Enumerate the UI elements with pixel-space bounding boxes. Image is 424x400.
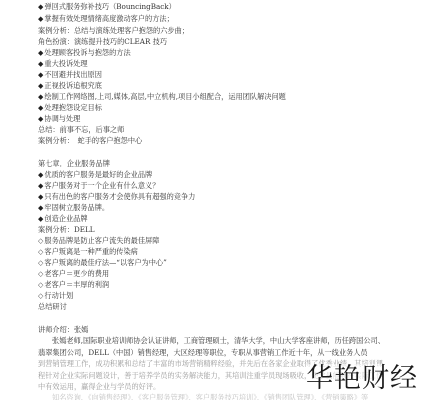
list-item: 老客户＝丰厚的利润 <box>38 280 109 290</box>
list-item: 牢固树立服务品牌。 <box>38 203 109 213</box>
case-analysis-line: 案例分析：DELL <box>38 225 95 234</box>
list-item: 弹回式服务弥补技巧（BouncingBack） <box>38 2 176 12</box>
list-item: 协调与处理 <box>38 114 80 124</box>
list-item: 不回避并找出原因 <box>38 70 102 80</box>
list-item: 处理顾客投诉与抱怨的方法 <box>38 48 131 58</box>
instructor-bio: 张嫣老师,国际职业培训师协会认证讲师，工商管理硕士，清华大学，中山大学客座讲师，… <box>38 335 388 358</box>
instructor-heading: 讲师介绍：张嫣 <box>38 325 88 334</box>
watermark-logo: 华艳财经 <box>306 364 418 394</box>
list-item: 服务品牌是防止客户流失的最佳屏障 <box>38 236 159 246</box>
list-item: 创造企业品牌 <box>38 214 88 224</box>
case-analysis-line: 案例分析：总结与演练处理客户抱怨的六步曲； <box>38 26 189 35</box>
list-item: 客户叛离是一种严重的传染病 <box>38 247 138 257</box>
list-item: 正视投诉追根究底 <box>38 81 102 91</box>
list-item: 重大投诉处理 <box>38 59 88 69</box>
chapter-title: 第七章．企业服务品牌 <box>38 159 110 168</box>
summary-line: 总结研讨 <box>38 302 67 311</box>
list-item: 老客户＝更少的费用 <box>38 269 109 279</box>
list-item: 掌握有效处理情绪高度激动客户的方法； <box>38 14 174 24</box>
list-item: 行动计划 <box>38 291 73 301</box>
list-item: 客户叛离的最佳疗法—“以客户为中心” <box>38 258 167 268</box>
role-play-line: 角色扮演：演练提升技巧的CLEAR 技巧 <box>38 37 167 46</box>
case-analysis-line: 案例分析： 蛇手的客户抱怨中心 <box>38 136 142 145</box>
list-item: 优质的客户服务是最好的企业品牌 <box>38 170 152 180</box>
list-item: 客户服务对于一个企业有什么意义？ <box>38 181 159 191</box>
list-item: 只有出色的客户服务才会使你具有超强的竞争力 <box>38 192 195 202</box>
list-item: 处理抱怨设定目标 <box>38 103 102 113</box>
summary-line: 总结：前事不忘，后事之师 <box>38 125 124 134</box>
document-page: 弹回式服务弥补技巧（BouncingBack） 掌握有效处理情绪高度激动客户的方… <box>0 0 424 400</box>
list-item: 绘制工作网络图,上司,媒体,高层,中立机构,项目小组配合，运用团队解决问题 <box>38 92 286 102</box>
